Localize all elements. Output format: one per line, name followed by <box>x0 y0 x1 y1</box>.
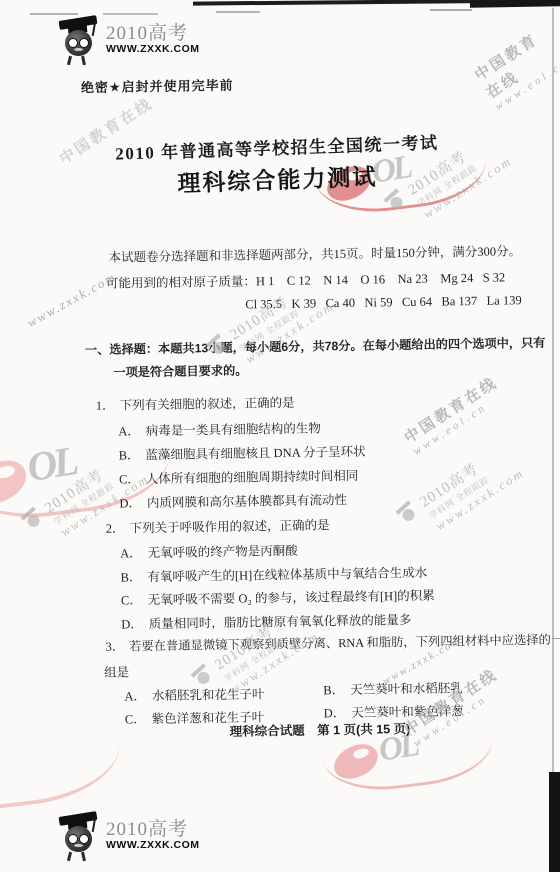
logo-title: 2010高考 <box>106 18 188 45</box>
logo-url: WWW.ZXXK.COM <box>106 839 200 851</box>
zxxk-logo-bottom: 2010高考 WWW.ZXXK.COM <box>58 810 218 862</box>
logo-url: WWW.ZXXK.COM <box>106 43 200 55</box>
graduate-mascot-icon <box>58 810 106 862</box>
zxxk-logo-top: 2010高考 WWW.ZXXK.COM <box>58 14 218 66</box>
logo-layer: 2010高考 WWW.ZXXK.COM 2010高考 WWW.ZXXK.COM <box>0 0 560 872</box>
logo-title: 2010高考 <box>106 814 188 841</box>
graduate-mascot-icon <box>58 14 106 66</box>
scanned-exam-page: OL OL OL 绝密★启封并使用完毕前 2010 年普通高等学校招生全国统一考… <box>0 0 560 872</box>
